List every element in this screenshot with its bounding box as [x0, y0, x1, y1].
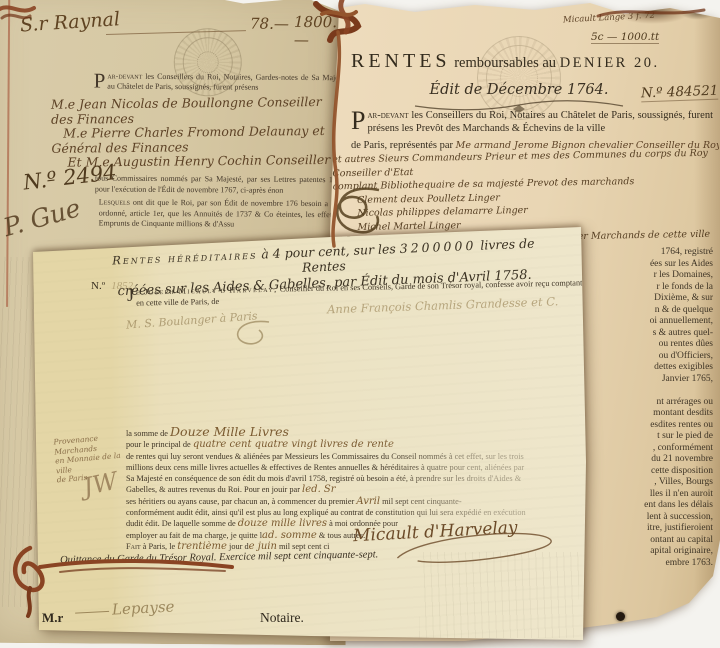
- l11-handwritten-day: trentième: [177, 541, 227, 552]
- l6-print: Gabelles, & autres revenus du Roi. Pour …: [126, 485, 302, 494]
- dropcap-j: J: [127, 287, 134, 303]
- body-line-3: de rentes qui luy seront vendues & alién…: [126, 451, 582, 462]
- printed-paragraph-pardevant: Par-devant les Conseillers du Roi, Notai…: [94, 71, 348, 93]
- handwritten-top-amount: 5c — 1000.tt: [591, 31, 659, 44]
- l9-handwritten-sum: douze mille livres: [238, 518, 327, 529]
- pardevant-right-smallcaps: ar-devant: [367, 110, 408, 121]
- l1-handwritten-sum: Douze Mille Livres: [170, 426, 289, 439]
- l10-handwritten: ad. somme: [262, 530, 317, 541]
- flourish-loop: [229, 318, 273, 348]
- body-line-2: pour le principal de quatre cent quatre …: [126, 439, 582, 450]
- pardevant-text: les Conseillers du Roi, Notaires, Gardes…: [107, 72, 347, 92]
- pardevant-smallcaps: ar-devant: [107, 72, 142, 81]
- l7-print-b: mil sept cent cinquante-: [380, 497, 462, 506]
- l6-handwritten: led. Sr: [302, 484, 336, 495]
- handwritten-commissioners: M.e Jean Nicolas de Boullongne Conseille…: [51, 95, 352, 171]
- l7-handwritten-month: Avril: [356, 496, 380, 507]
- l10-print-a: employer au fait de ma charge, je quitte…: [126, 531, 262, 540]
- footer-notaire-label: Notaire.: [260, 610, 304, 626]
- lesquels-smallcaps: Lesquels: [99, 198, 130, 207]
- number-label: N.º: [91, 280, 105, 292]
- l3-print: de rentes qui luy seront vendues & alién…: [126, 452, 524, 461]
- l11-print-b: jour d: [227, 542, 249, 551]
- printed-paragraph-commissaires: tous Commissaires nommés par Sa Majesté,…: [95, 173, 347, 196]
- document-center-rentes-1758: Rentes héréditaires à 4 pour cent, sur l…: [31, 222, 588, 648]
- printed-paragraph-pardevant-right: Par-devant les Conseillers du Roi, Notai…: [351, 109, 713, 135]
- dropcap-p-right: P: [351, 109, 365, 132]
- l5-print: Sa Majesté en conséquence de son édit du…: [126, 474, 521, 483]
- l2-print: pour le principal de: [126, 440, 193, 449]
- body-line-4: millions deux cens mille livres actuelle…: [126, 462, 582, 473]
- body-line-8: conformément audit édit, ainsi qu'il est…: [126, 507, 582, 518]
- handwritten-certificate-number: N.º 484521: [641, 83, 719, 103]
- edict-subtitle: Édit de Décembre 1764.: [419, 82, 619, 98]
- l1-print: la somme de: [126, 429, 170, 438]
- handwritten-owner-name: S.r Raynal: [19, 8, 120, 36]
- l7-print-a: ses héritiers ou ayans cause, par chacun…: [126, 497, 356, 506]
- body-line-7: ses héritiers ou ayans cause, par chacun…: [126, 496, 582, 507]
- line3-print: de Paris, représentés par: [351, 140, 456, 151]
- pardevant-right-text: les Conseillers du Roi, Notaires au Chât…: [367, 110, 713, 134]
- l11-print-a: à Paris, le: [141, 542, 178, 551]
- body-line-5: Sa Majesté en conséquence de son édit du…: [126, 473, 582, 484]
- treasurer-name-smallcaps: e Joseph Micault d'Harvelay,: [136, 285, 278, 297]
- title-rentes: RENTES: [351, 50, 451, 72]
- paper-center: Rentes héréditaires à 4 pour cent, sur l…: [31, 222, 588, 648]
- right-column-text-fragments: 1764, registré ées sur les Aides r les D…: [581, 247, 713, 569]
- dropcap-p: P: [94, 71, 106, 89]
- handwritten-amount-1: 78.—: [250, 15, 289, 33]
- title-rentes-hereditaires: Rentes héréditaires: [112, 248, 258, 268]
- l2-handwritten-principal: quatre cent quatre vingt livres de rente: [193, 439, 394, 450]
- l4-print: millions deux cens mille livres actuelle…: [126, 463, 524, 472]
- l9-print-a: dudit édit. De laquelle somme de: [126, 519, 238, 528]
- l11-fait-smallcaps: Fait: [126, 542, 141, 551]
- title-denier: DENIER 20.: [560, 55, 660, 71]
- title-amount-3200000: 3200000: [399, 238, 476, 256]
- footer-mr-label: M.r: [42, 610, 63, 626]
- title-middle: remboursables au: [451, 55, 560, 71]
- l8-print: conformément audit édit, ainsi qu'il est…: [126, 508, 526, 517]
- document-title: RENTES remboursables au DENIER 20.: [351, 50, 711, 73]
- ink-hole-dot: [616, 612, 625, 621]
- photograph-of-historical-documents: S.r Raynal 78.— 1800.— Par-devant les Co…: [0, 0, 720, 648]
- body-line-1: la somme de Douze Mille Livres: [126, 426, 582, 439]
- body-line-6: Gabelles, & autres revenus du Roi. Pour …: [126, 484, 582, 495]
